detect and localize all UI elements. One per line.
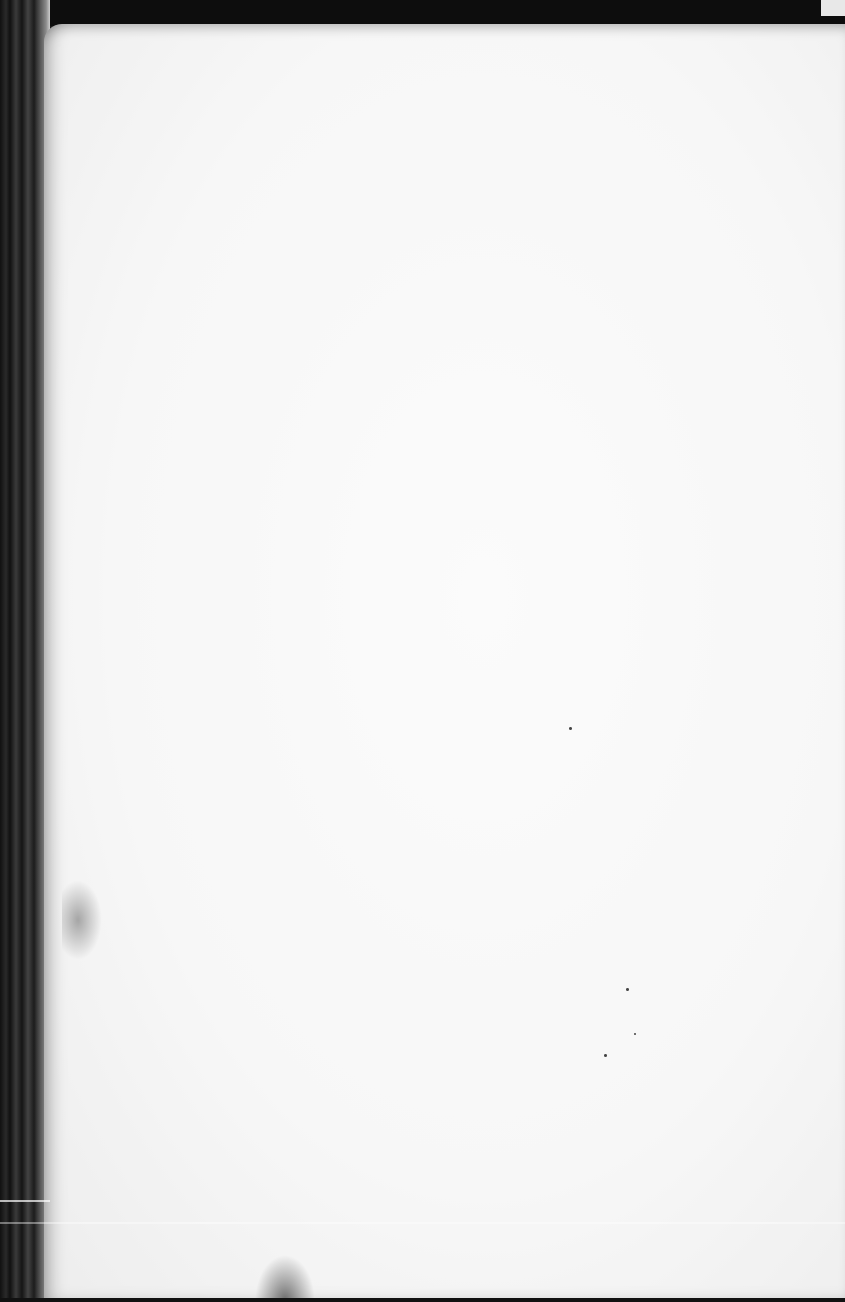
blank-page [44,24,845,1298]
scan-line-artifact [0,1222,845,1224]
margin-smudge [62,880,102,960]
scan-bottom-border [0,1298,845,1302]
bottom-smudge [255,1255,315,1300]
dust-speck [604,1054,607,1057]
scan-top-border [0,0,845,26]
book-spine-edge [0,0,50,1302]
dust-speck [634,1033,636,1035]
dust-speck [569,727,572,730]
scan-corner-artifact [821,0,845,16]
dust-speck [626,988,629,991]
scan-line-artifact [0,1200,50,1202]
